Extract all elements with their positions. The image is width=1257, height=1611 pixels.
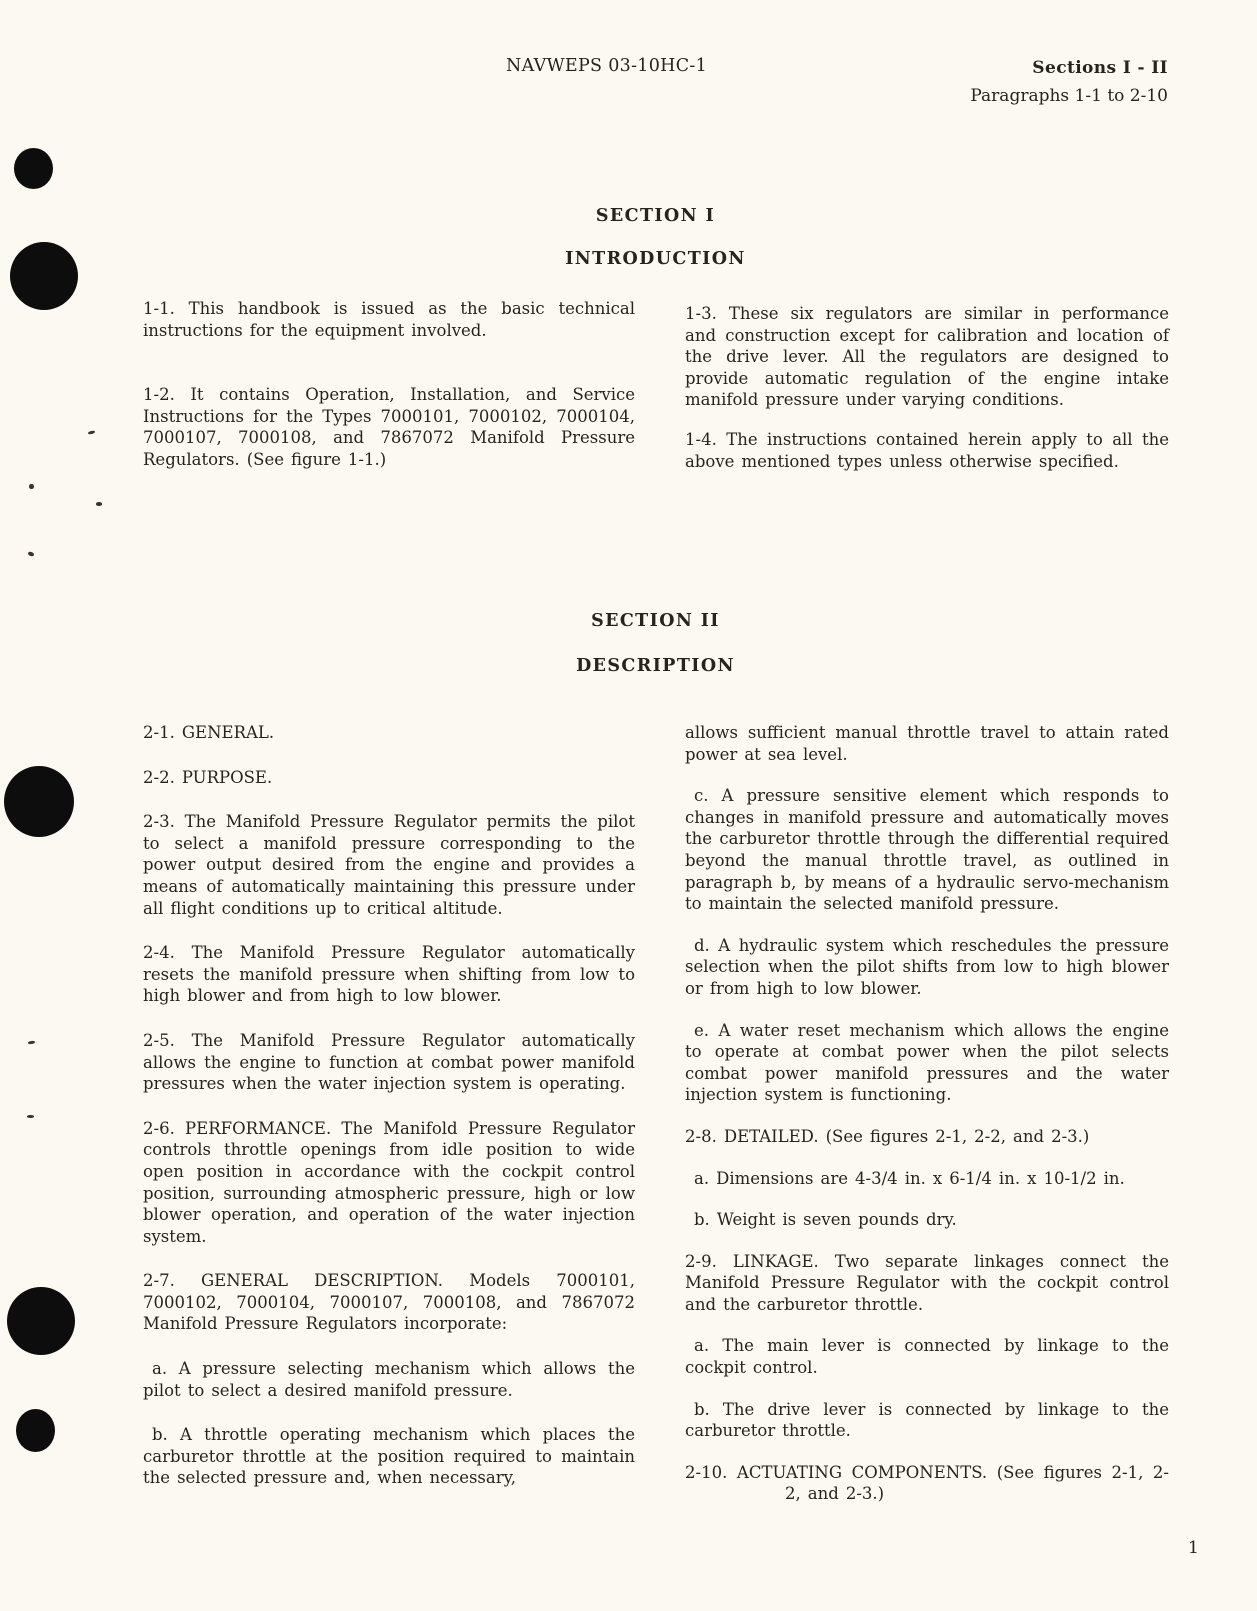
section2-subtitle: DESCRIPTION: [143, 656, 1168, 676]
section1-right-column: 1-3. These six regulators are similar in…: [685, 303, 1169, 472]
paragraph-2-3: 2-3. The Manifold Pressure Regulator per…: [143, 811, 635, 919]
scan-speck: [28, 1041, 35, 1045]
section1-title: SECTION I: [143, 206, 1168, 226]
paragraph-2-8: 2-8. DETAILED. (See figures 2-1, 2-2, an…: [685, 1126, 1169, 1148]
paragraph-2-9b: b. The drive lever is connected by linka…: [685, 1399, 1169, 1442]
paragraph-2-9a: a. The main lever is connected by linkag…: [685, 1335, 1169, 1378]
section2-left-column: 2-1. GENERAL. 2-2. PURPOSE. 2-3. The Man…: [143, 722, 635, 1489]
paragraph-2-6: 2-6. PERFORMANCE. The Manifold Pressure …: [143, 1118, 635, 1248]
paragraph-2-8a: a. Dimensions are 4-3/4 in. x 6-1/4 in. …: [685, 1168, 1169, 1190]
binder-hole: [10, 242, 78, 310]
document-page: NAVWEPS 03-10HC-1 Sections I - II Paragr…: [0, 0, 1257, 1611]
binder-hole: [14, 148, 53, 189]
paragraph-2-9: 2-9. LINKAGE. Two separate linkages conn…: [685, 1251, 1169, 1316]
scan-speck: [88, 430, 96, 435]
paragraph-2-10: 2-10. ACTUATING COMPONENTS. (See figures…: [685, 1462, 1169, 1505]
paragraph-2-7e: e. A water reset mechanism which allows …: [685, 1020, 1169, 1106]
section2-right-column: allows sufficient manual throttle travel…: [685, 722, 1169, 1505]
section2-title: SECTION II: [143, 611, 1168, 631]
paragraph-2-8b: b. Weight is seven pounds dry.: [685, 1209, 1169, 1231]
scan-speck: [96, 502, 102, 506]
paragraph-2-1: 2-1. GENERAL.: [143, 722, 635, 744]
paragraph-2-4: 2-4. The Manifold Pressure Regulator aut…: [143, 942, 635, 1007]
binder-hole: [16, 1409, 55, 1452]
scan-speck: [27, 1115, 34, 1118]
header-reference-block: Sections I - II Paragraphs 1-1 to 2-10: [970, 54, 1168, 110]
document-number: NAVWEPS 03-10HC-1: [506, 56, 707, 76]
paragraph-2-2: 2-2. PURPOSE.: [143, 767, 635, 789]
binder-hole: [7, 1287, 75, 1355]
paragraph-2-7b: b. A throttle operating mechanism which …: [143, 1424, 635, 1489]
paragraph-2-7d: d. A hydraulic system which reschedules …: [685, 935, 1169, 1000]
header-sections-ref: Sections I - II: [970, 54, 1168, 82]
paragraph-2-7a: a. A pressure selecting mechanism which …: [143, 1358, 635, 1401]
section1-left-column: 1-1. This handbook is issued as the basi…: [143, 298, 635, 471]
paragraph-1-4: 1-4. The instructions contained herein a…: [685, 429, 1169, 472]
paragraph-2-5: 2-5. The Manifold Pressure Regulator aut…: [143, 1030, 635, 1095]
page-number: 1: [1188, 1538, 1199, 1558]
scan-speck: [29, 484, 34, 489]
paragraph-2-7: 2-7. GENERAL DESCRIPTION. Models 7000101…: [143, 1270, 635, 1335]
paragraph-1-1: 1-1. This handbook is issued as the basi…: [143, 298, 635, 341]
scan-speck: [27, 551, 34, 557]
header-paragraphs-ref: Paragraphs 1-1 to 2-10: [970, 82, 1168, 110]
paragraph-1-3: 1-3. These six regulators are similar in…: [685, 303, 1169, 411]
binder-hole: [4, 766, 74, 837]
section1-subtitle: INTRODUCTION: [143, 249, 1168, 269]
paragraph-2-7b-continued: allows sufficient manual throttle travel…: [685, 722, 1169, 765]
paragraph-2-7c: c. A pressure sensitive element which re…: [685, 785, 1169, 915]
paragraph-1-2: 1-2. It contains Operation, Installation…: [143, 384, 635, 470]
